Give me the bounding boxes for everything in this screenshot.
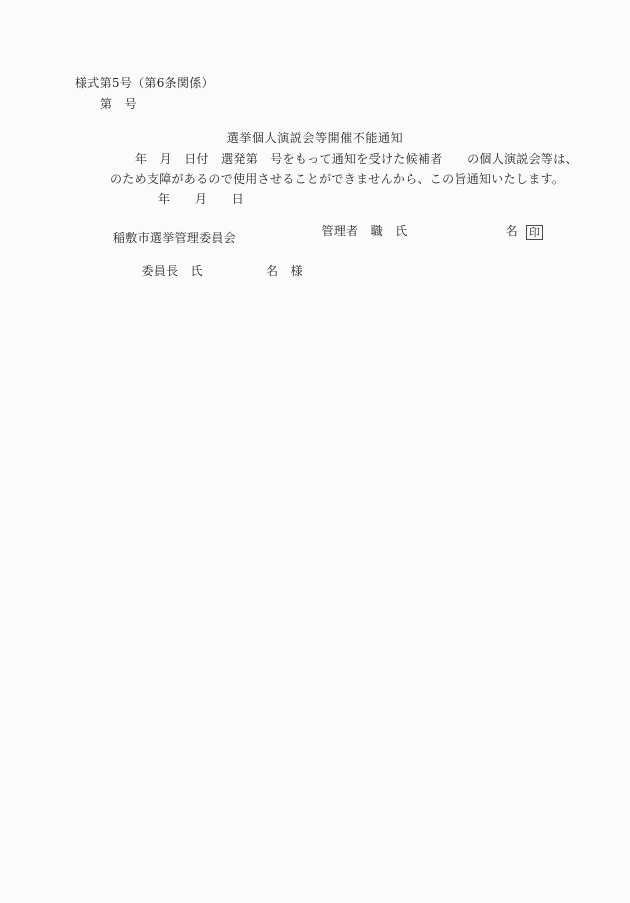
body-line-2: のため支障があるので使用させることができませんから、この旨通知いたします。: [110, 172, 564, 187]
doc-number: 第 号: [100, 97, 137, 112]
manager-signature-line: 管理者 職 氏名印: [305, 209, 543, 255]
chairperson-line: 委員長 氏名 様: [125, 249, 303, 294]
manager-name-label: 名: [506, 224, 518, 238]
chairperson-label: 委員長 氏: [141, 264, 203, 278]
document-title: 選挙個人演説会等開催不能通知: [0, 131, 630, 146]
manager-label: 管理者 職 氏: [321, 224, 407, 238]
date-line: 年 月 日: [158, 192, 244, 207]
committee-name: 稲敷市選挙管理委員会: [113, 231, 236, 246]
document-page: 様式第5号（第6条関係） 第 号 選挙個人演説会等開催不能通知 年 月 日付 選…: [0, 0, 630, 903]
body-line-1: 年 月 日付 選発第 号をもって通知を受けた候補者 の個人演説会等は、: [135, 152, 578, 167]
seal-placeholder: 印: [526, 225, 543, 240]
chairperson-name-honorific: 名 様: [266, 264, 303, 278]
form-number: 様式第5号（第6条関係）: [75, 76, 214, 91]
